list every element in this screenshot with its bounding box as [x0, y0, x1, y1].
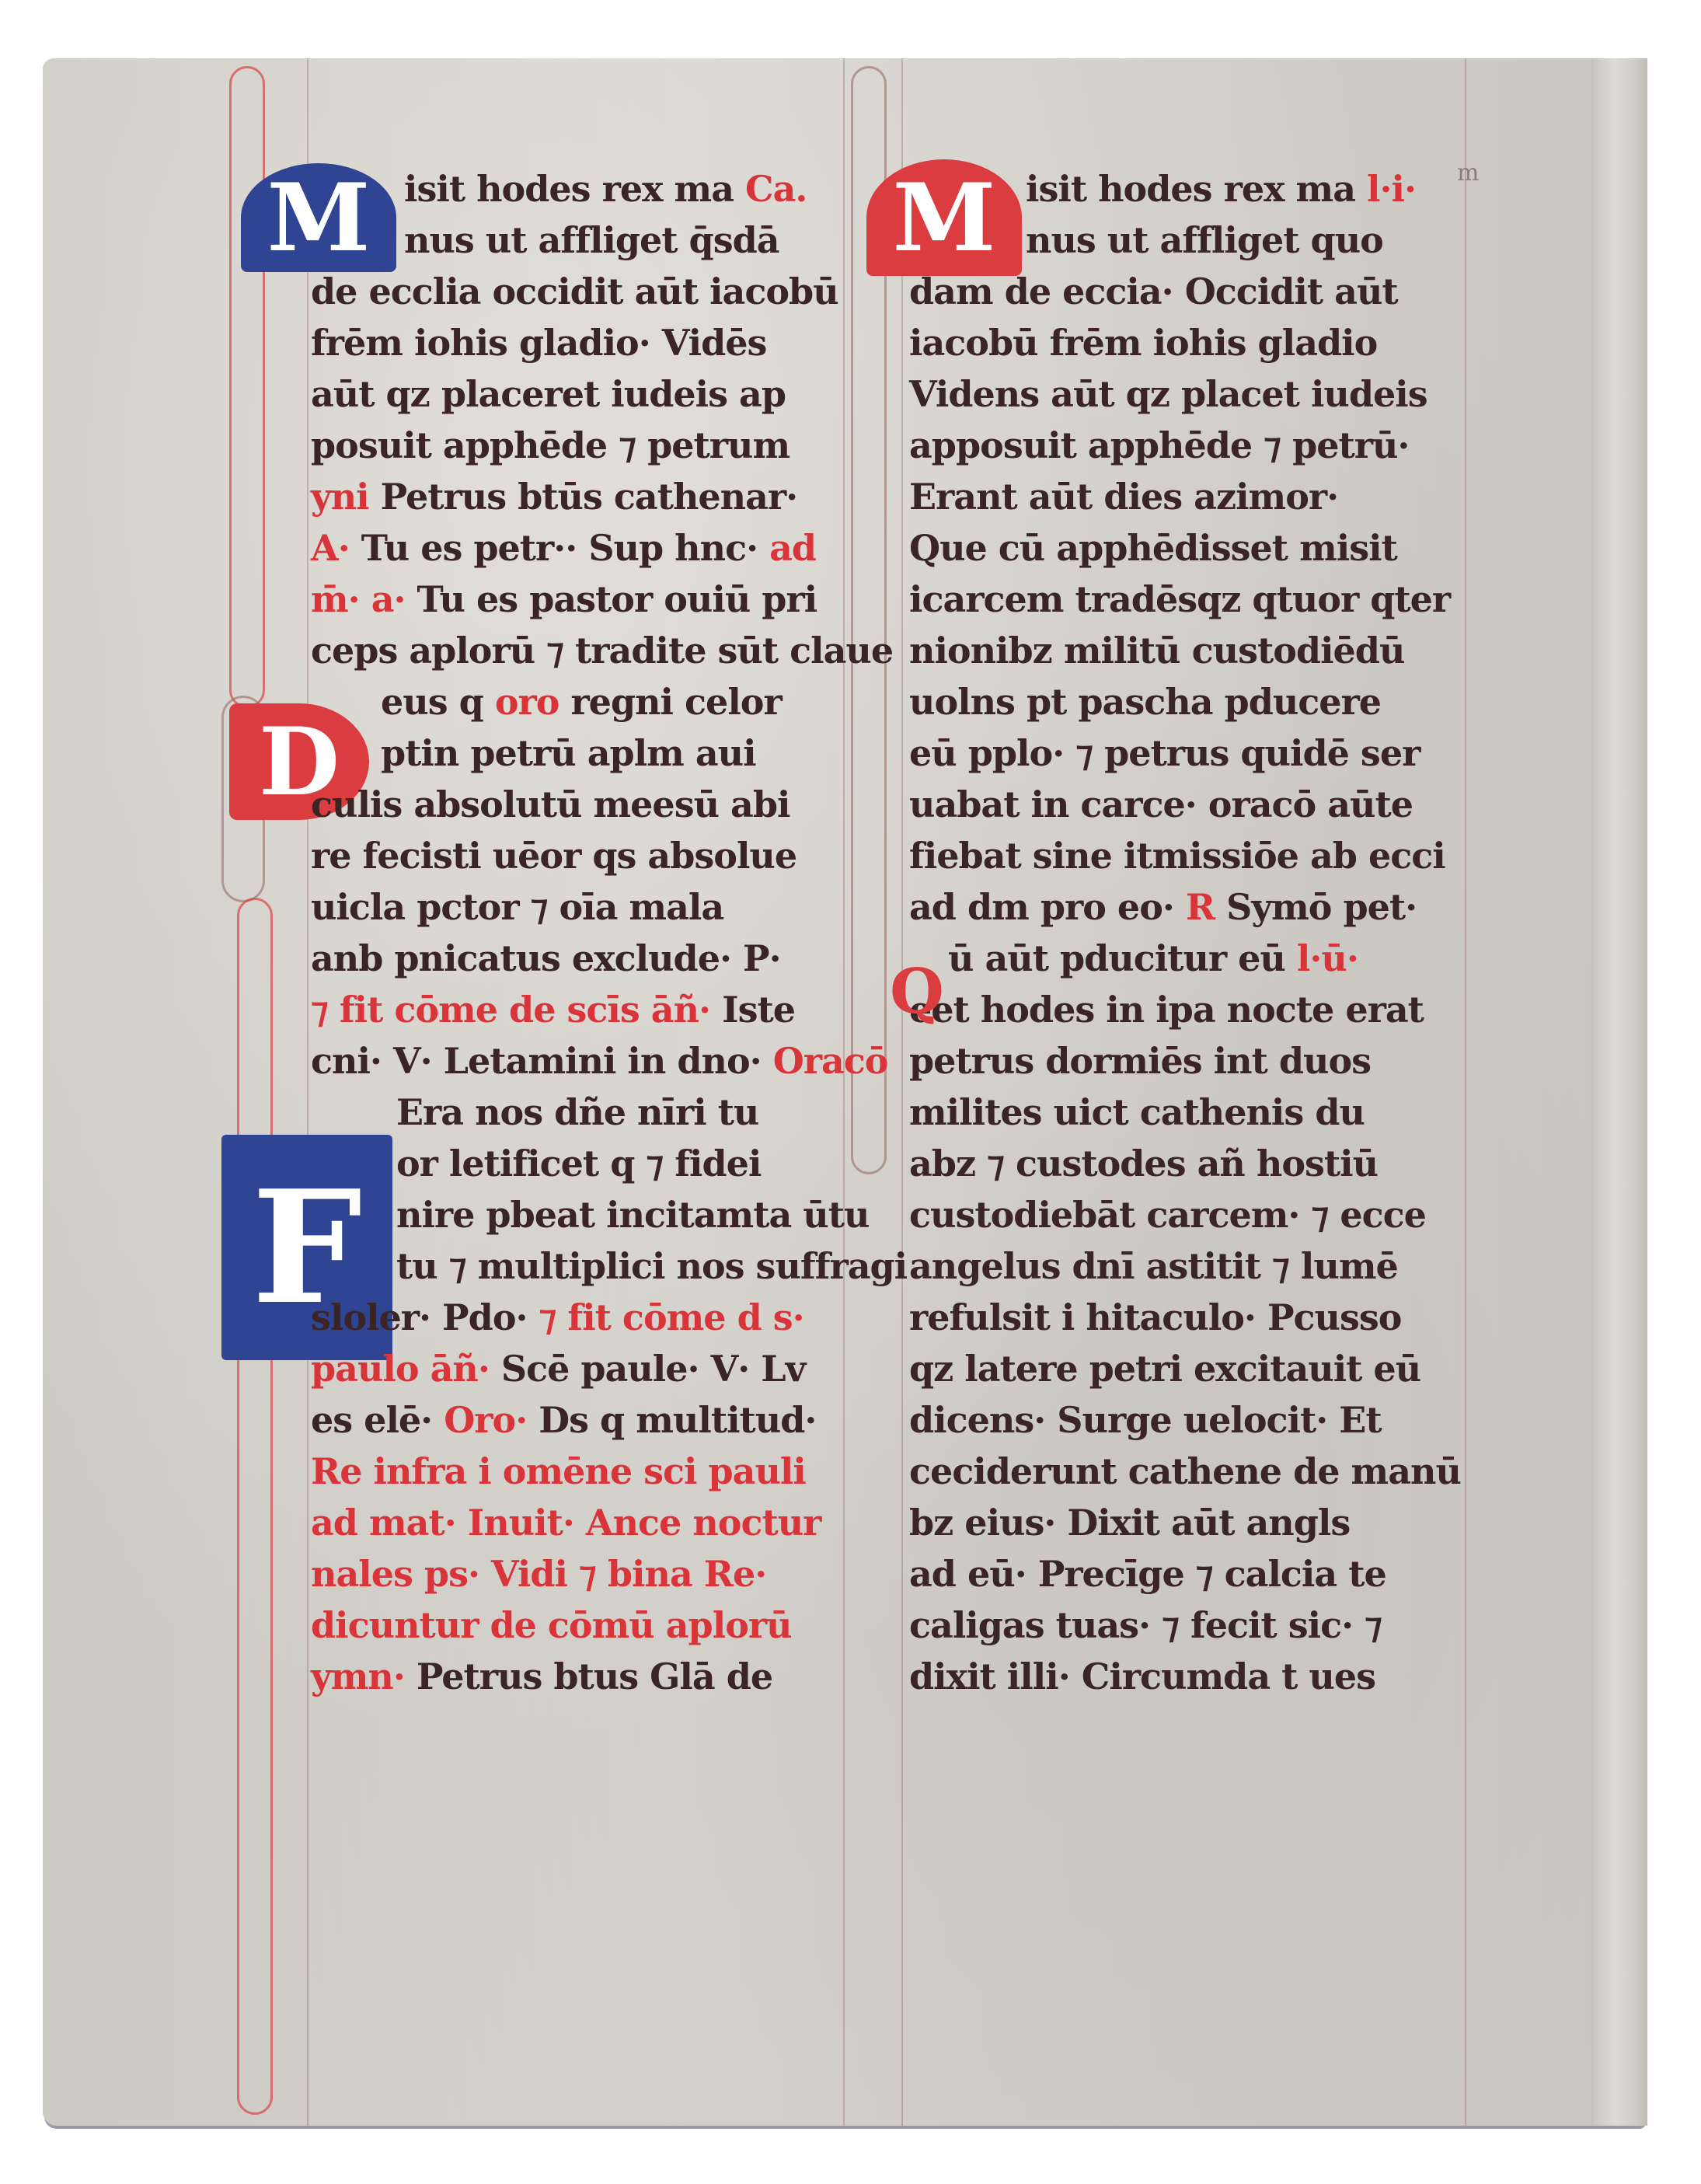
text-line: posuit apphēde ⁊ petrum — [311, 424, 790, 467]
text-line: isit hodes rex ma l·i· — [1026, 167, 1416, 211]
text-line: tu ⁊ multiplici nos suffragi — [396, 1244, 907, 1288]
text-line: sloler· Pdo· ⁊ fit cōme d s· — [311, 1296, 804, 1339]
penwork-left-top-flourish — [229, 66, 265, 708]
text-line: petrus dormiēs int duos — [909, 1039, 1371, 1083]
initial-q-red: Q — [894, 948, 940, 1034]
text-line: cni· V· Letamini in dno· Oracō — [311, 1039, 888, 1083]
text-line: refulsit i hitaculo· Pcusso — [909, 1296, 1401, 1339]
text-line: nionibz militū custodiēdū — [909, 629, 1404, 672]
text-line: or letificet q ⁊ fidei — [396, 1142, 761, 1185]
ruling-line-right-outer — [901, 58, 903, 2126]
text-line: eus q oro regni celor — [381, 680, 782, 724]
text-line: ptin petrū aplm aui — [381, 731, 756, 775]
text-line: frēm iohis gladio· Vidēs — [311, 321, 766, 365]
text-line: ⁊ fit cōme de scīs āñ· Iste — [311, 988, 795, 1031]
text-line: uolns pt pascha pducere — [909, 680, 1381, 724]
text-line: dixit illi· Circumda t ues — [909, 1655, 1375, 1698]
text-line: bz eius· Dixit aūt angls — [909, 1501, 1350, 1544]
margin-mark: m — [1457, 159, 1479, 187]
penwork-left-low-flourish — [237, 898, 273, 2115]
text-line: milites uict cathenis du — [909, 1090, 1365, 1134]
text-line: Que cū apphēdisset misit — [909, 526, 1397, 570]
text-line: Erant aūt dies azimor· — [909, 475, 1338, 518]
text-line: ceps aplorū ⁊ tradite sūt claue — [311, 629, 893, 672]
text-line: culis absolutū meesū abi — [311, 783, 790, 826]
text-line: custodiebāt carcem· ⁊ ecce — [909, 1193, 1426, 1237]
manuscript-leaf: m M D F M Q isit hodes rex ma Ca. nus ut… — [43, 58, 1647, 2126]
text-line: ad eū· Precīge ⁊ calcia te — [909, 1552, 1386, 1596]
text-line: nus ut affliget quo — [1026, 218, 1383, 262]
text-line: caligas tuas· ⁊ fecit sic· ⁊ — [909, 1603, 1382, 1647]
text-line: anb pnicatus exclude· P· — [311, 937, 781, 980]
text-line: ū aūt pducitur eū l·ū· — [948, 937, 1358, 980]
text-line: aūt qz placeret iudeis ap — [311, 372, 786, 416]
text-line: ad dm pro eo· R Symō pet· — [909, 885, 1417, 929]
text-line: paulo āñ· Scē paule· V· Lv — [311, 1347, 805, 1390]
text-line: nus ut affliget q̄sdā — [404, 218, 779, 262]
text-line: es elē· Oro· Ds q multitud· — [311, 1398, 816, 1442]
text-line: uicla pctor ⁊ oīa mala — [311, 885, 723, 929]
text-line: dam de eccia· Occidit aūt — [909, 270, 1398, 313]
text-line: fiebat sine itmissiōe ab ecci — [909, 834, 1445, 877]
text-line: apposuit apphēde ⁊ petrū· — [909, 424, 1409, 467]
text-line: nire pbeat incitamta ūtu — [396, 1193, 869, 1237]
initial-m-blue: M — [241, 163, 396, 272]
text-line: uabat in carce· oracō aūte — [909, 783, 1413, 826]
text-line: isit hodes rex ma Ca. — [404, 167, 807, 211]
text-line: Re infra i omēne sci pauli — [311, 1450, 806, 1493]
text-line: abz ⁊ custodes añ hostiū — [909, 1142, 1378, 1185]
text-line: icarcem tradēsqz qtuor qter — [909, 577, 1450, 621]
text-line: angelus dnī astitit ⁊ lumē — [909, 1244, 1398, 1288]
ruling-line-left-inner — [843, 58, 845, 2126]
ruling-line-left-outer — [307, 58, 308, 2126]
text-line: iacobū frēm iohis gladio — [909, 321, 1377, 365]
text-line: ymn· Petrus btus Glā de — [311, 1655, 772, 1698]
text-line: dicuntur de cōmū aplorū — [311, 1603, 792, 1647]
text-line: ceciderunt cathene de manū — [909, 1450, 1461, 1493]
text-line: dicens· Surge uelocit· Et — [909, 1398, 1382, 1442]
text-line: Era nos dñe nīri tu — [396, 1090, 758, 1134]
text-line: yni Petrus btūs cathenar· — [311, 475, 797, 518]
text-line: de ecclia occidit aūt iacobū — [311, 270, 838, 313]
text-line: ad mat· Inuit· Ance noctur — [311, 1501, 821, 1544]
text-line: re fecisti uēor qs absolue — [311, 834, 796, 877]
text-line: nales ps· Vidi ⁊ bina Re· — [311, 1552, 766, 1596]
text-line: A· Tu es petr·· Sup hnc· ad — [311, 526, 816, 570]
text-line: m̄· a· Tu es pastor ouiū pri — [311, 577, 817, 621]
page-fold-edge — [1591, 58, 1647, 2126]
text-line: eū pplo· ⁊ petrus quidē ser — [909, 731, 1420, 775]
text-line: eet hodes in ipa nocte erat — [909, 988, 1424, 1031]
text-line: qz latere petri excitauit eū — [909, 1347, 1420, 1390]
ruling-line-right-inner — [1465, 58, 1466, 2126]
text-line: Videns aūt qz placet iudeis — [909, 372, 1427, 416]
initial-m-red: M — [866, 159, 1022, 276]
